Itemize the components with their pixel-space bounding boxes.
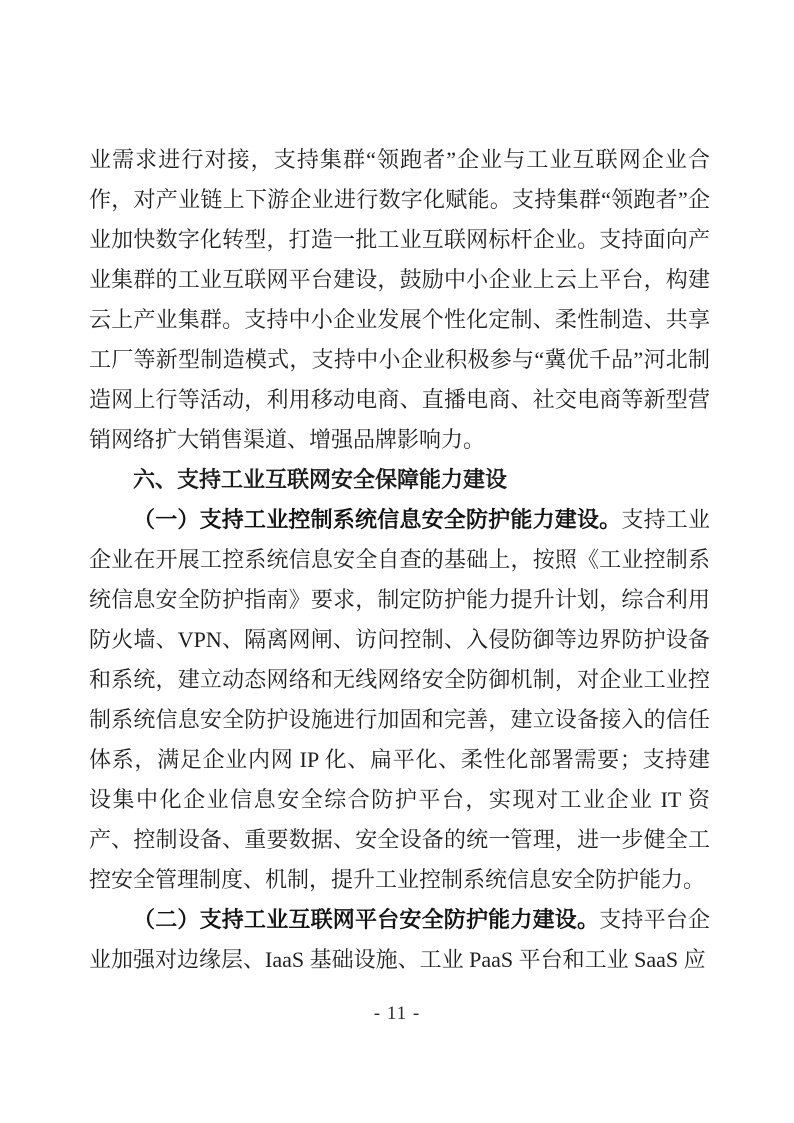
page-footer: - 11 -: [0, 1003, 794, 1025]
paragraph-item-2: （二）支持工业互联网平台安全防护能力建设。支持平台企业加强对边缘层、IaaS 基…: [89, 900, 710, 980]
section-heading: 六、支持工业互联网安全保障能力建设: [89, 460, 710, 500]
document-body: 业需求进行对接，支持集群“领跑者”企业与工业互联网企业合作，对产业链上下游企业进…: [89, 140, 710, 980]
page-number: - 11 -: [374, 1003, 420, 1024]
document-page: 业需求进行对接，支持集群“领跑者”企业与工业互联网企业合作，对产业链上下游企业进…: [0, 0, 794, 1123]
paragraph-continuation: 业需求进行对接，支持集群“领跑者”企业与工业互联网企业合作，对产业链上下游企业进…: [89, 140, 710, 460]
paragraph-item-1-lead: （一）支持工业控制系统信息安全防护能力建设。: [133, 507, 621, 532]
paragraph-item-1: （一）支持工业控制系统信息安全防护能力建设。支持工业企业在开展工控系统信息安全自…: [89, 500, 710, 900]
paragraph-item-1-text: 支持工业企业在开展工控系统信息安全自查的基础上，按照《工业控制系统信息安全防护指…: [89, 507, 710, 892]
paragraph-item-2-lead: （二）支持工业互联网平台安全防护能力建设。: [133, 907, 599, 932]
